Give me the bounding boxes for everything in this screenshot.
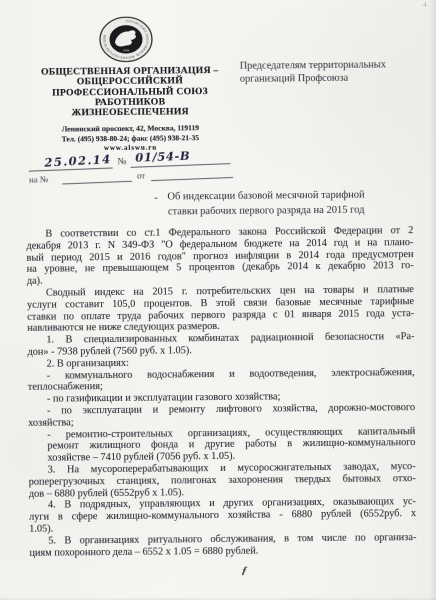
letter-body: В соответствии со ст.1 Федерального зако… — [26, 225, 416, 559]
paragraph: 5. В организациях ритуального обслуживан… — [29, 532, 416, 559]
number-sign: № — [117, 157, 126, 167]
reply-to-number-label: на № — [29, 174, 49, 185]
subject-line-2: ставки рабочих первого разряда на 2015 г… — [137, 203, 395, 220]
stray-pen-mark: ƒ — [241, 564, 248, 577]
recipient-line-2: организаций Профсоюза — [240, 71, 420, 86]
reply-date-underline — [151, 177, 233, 181]
scan-edge-right — [430, 0, 436, 600]
paragraph: 3. На мусороперерабатывающих и мусоросжи… — [29, 461, 416, 500]
union-emblem-logo: ПРОФСОЮЗ РАБОТНИКОВ ЖИЗНЕОБЕСПЕЧЕНИЯ 199… — [98, 16, 153, 64]
emblem-svg: ПРОФСОЮЗ РАБОТНИКОВ ЖИЗНЕОБЕСПЕЧЕНИЯ 199… — [98, 16, 153, 64]
handwritten-number: 01/54-В — [135, 149, 190, 165]
paragraph: - ремонтно-строительных организациях, ос… — [28, 426, 415, 465]
scanned-letter-page: ПРОФСОЮЗ РАБОТНИКОВ ЖИЗНЕОБЕСПЕЧЕНИЯ 199… — [0, 0, 436, 600]
paragraph: Сводный индекс на 2015 г. потребительски… — [27, 284, 414, 335]
stray-faint-mark: ÷ — [228, 552, 233, 562]
reply-from-label: от — [137, 170, 146, 180]
subject-title: Об индексации базовой месячной тарифной … — [137, 188, 395, 220]
reply-number-underline — [62, 181, 132, 185]
reference-block: № 25.02.14 01/54-В на № от — [24, 149, 239, 191]
phone-fax-line: Тел. (495) 938-80-24; факс (495) 938-21-… — [34, 133, 226, 145]
emblem-year: 1994 — [123, 49, 130, 53]
paragraph: 4. В подрядных, управляющих и других орг… — [29, 496, 416, 535]
organization-name: ОБЩЕСТВЕННАЯ ОРГАНИЗАЦИЯ –ОБЩЕРОССИЙСКИЙ… — [26, 66, 234, 119]
text-line: ЖИЗНЕОБЕСПЕЧЕНИЯ — [26, 107, 234, 119]
letter-content: ПРОФСОЮЗ РАБОТНИКОВ ЖИЗНЕОБЕСПЕЧЕНИЯ 199… — [0, 0, 436, 600]
paragraph: В соответствии со ст.1 Федерального зако… — [26, 225, 414, 288]
recipient-block: Председателям территориальных организаци… — [240, 58, 420, 87]
corner-mark: 4 — [423, 1, 427, 9]
